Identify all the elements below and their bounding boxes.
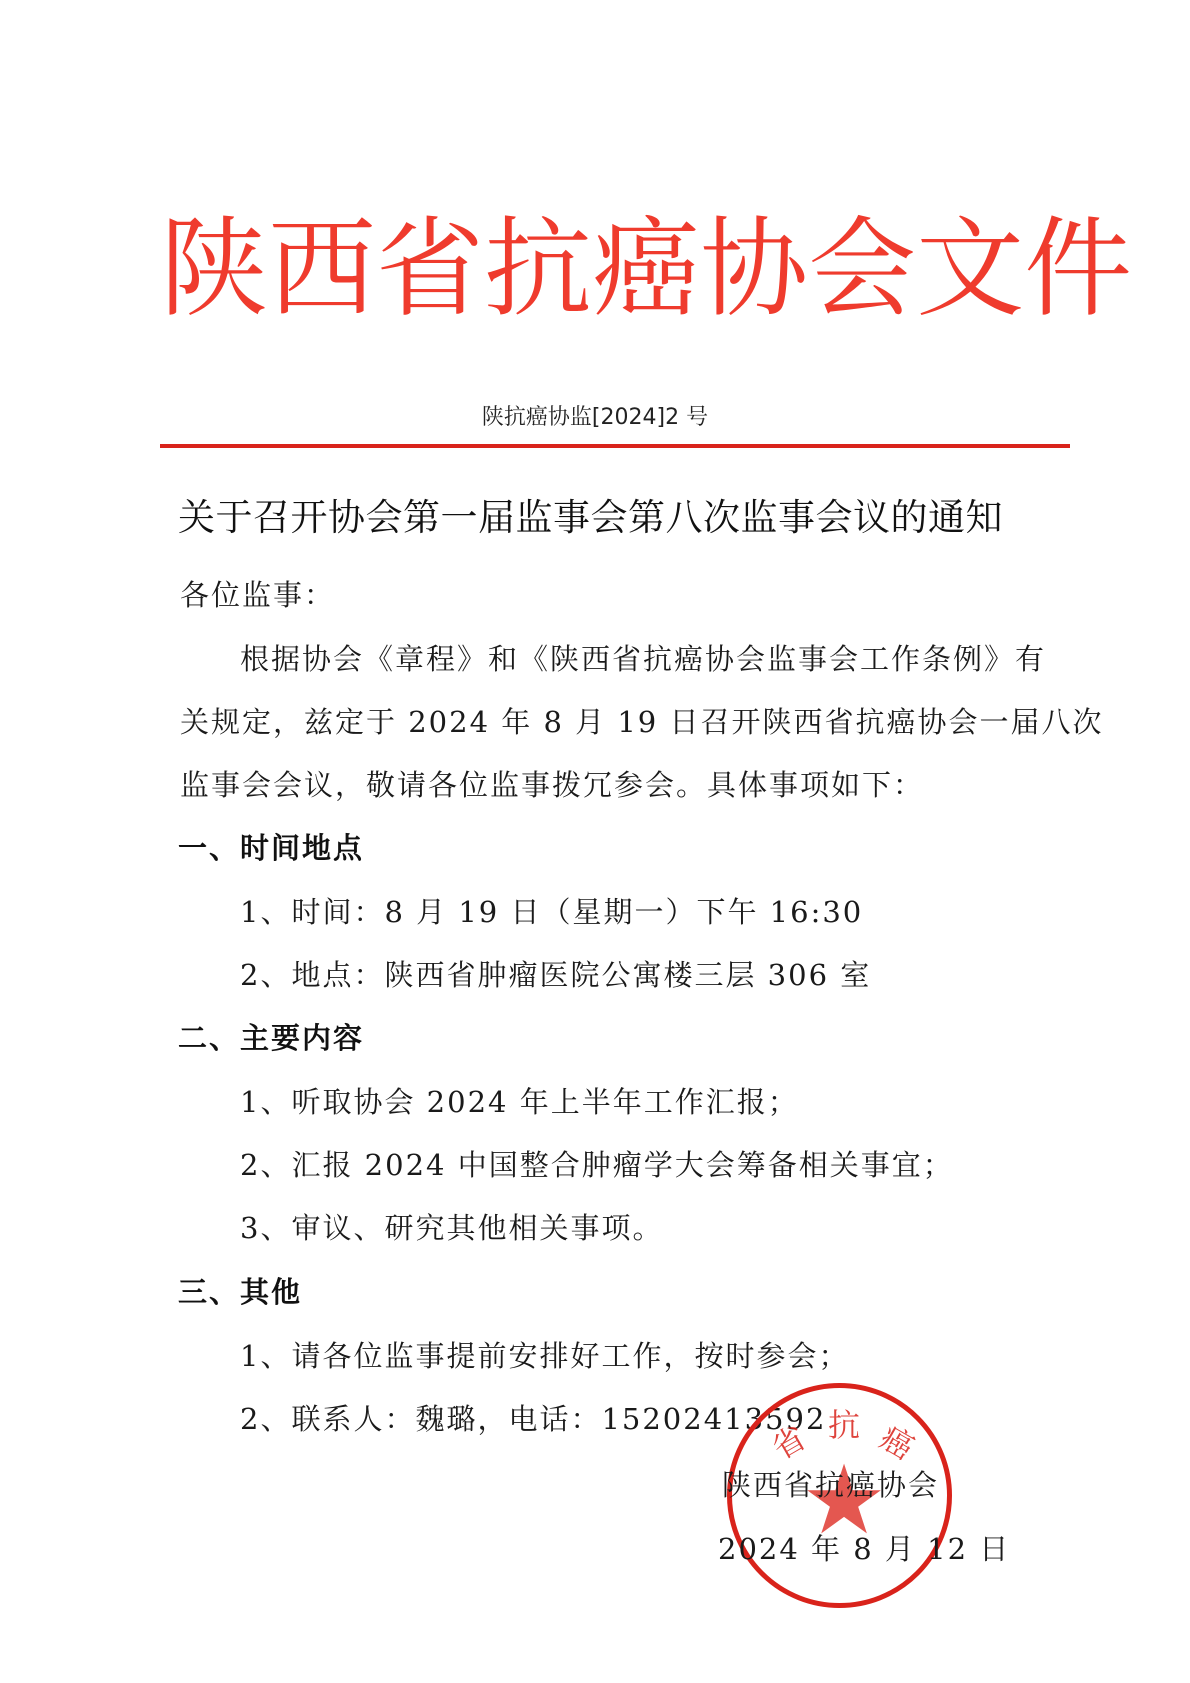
header-char: 文 <box>916 216 1024 324</box>
header-char: 陕 <box>160 216 268 324</box>
intro-line: 关规定，兹定于 2024 年 8 月 19 日召开陕西省抗癌协会一届八次 <box>180 700 1103 741</box>
list-item: 1、请各位监事提前安排好工作，按时参会； <box>240 1334 849 1375</box>
list-item: 1、时间：8 月 19 日（星期一）下午 16:30 <box>240 890 863 931</box>
header-char: 件 <box>1024 216 1132 324</box>
intro-line: 监事会会议，敬请各位监事拨冗参会。具体事项如下： <box>180 763 924 804</box>
header-char: 西 <box>268 216 376 324</box>
seal-arc-char: 抗 <box>828 1400 860 1446</box>
signature-organization: 陕西省抗癌协会 <box>722 1463 939 1504</box>
section-heading-main-content: 二、主要内容 <box>178 1016 364 1057</box>
header-char: 协 <box>700 216 808 324</box>
salutation: 各位监事： <box>180 573 335 614</box>
list-item: 2、联系人：魏璐，电话：15202413592 <box>240 1397 826 1438</box>
section-heading-other: 三、其他 <box>178 1270 302 1311</box>
list-item: 1、听取协会 2024 年上半年工作汇报； <box>240 1080 799 1121</box>
list-item: 2、汇报 2024 中国整合肿瘤学大会筹备相关事宜； <box>240 1143 954 1184</box>
header-char: 会 <box>808 216 916 324</box>
header-char: 癌 <box>592 216 700 324</box>
section-heading-time-place: 一、时间地点 <box>178 826 364 867</box>
document-number: 陕抗癌协监[2024]2 号 <box>0 400 1190 431</box>
list-item: 2、地点：陕西省肿瘤医院公寓楼三层 306 室 <box>240 953 871 994</box>
header-char: 省 <box>376 216 484 324</box>
notice-title: 关于召开协会第一届监事会第八次监事会议的通知 <box>178 487 1003 541</box>
signature-date: 2024 年 8 月 12 日 <box>718 1527 1010 1568</box>
list-item: 3、审议、研究其他相关事项。 <box>240 1206 663 1247</box>
header-char: 抗 <box>484 216 592 324</box>
document-header-title: 陕 西 省 抗 癌 协 会 文 件 <box>160 205 1070 335</box>
intro-line: 根据协会《章程》和《陕西省抗癌协会监事会工作条例》有 <box>240 637 1046 678</box>
red-divider <box>160 444 1070 448</box>
